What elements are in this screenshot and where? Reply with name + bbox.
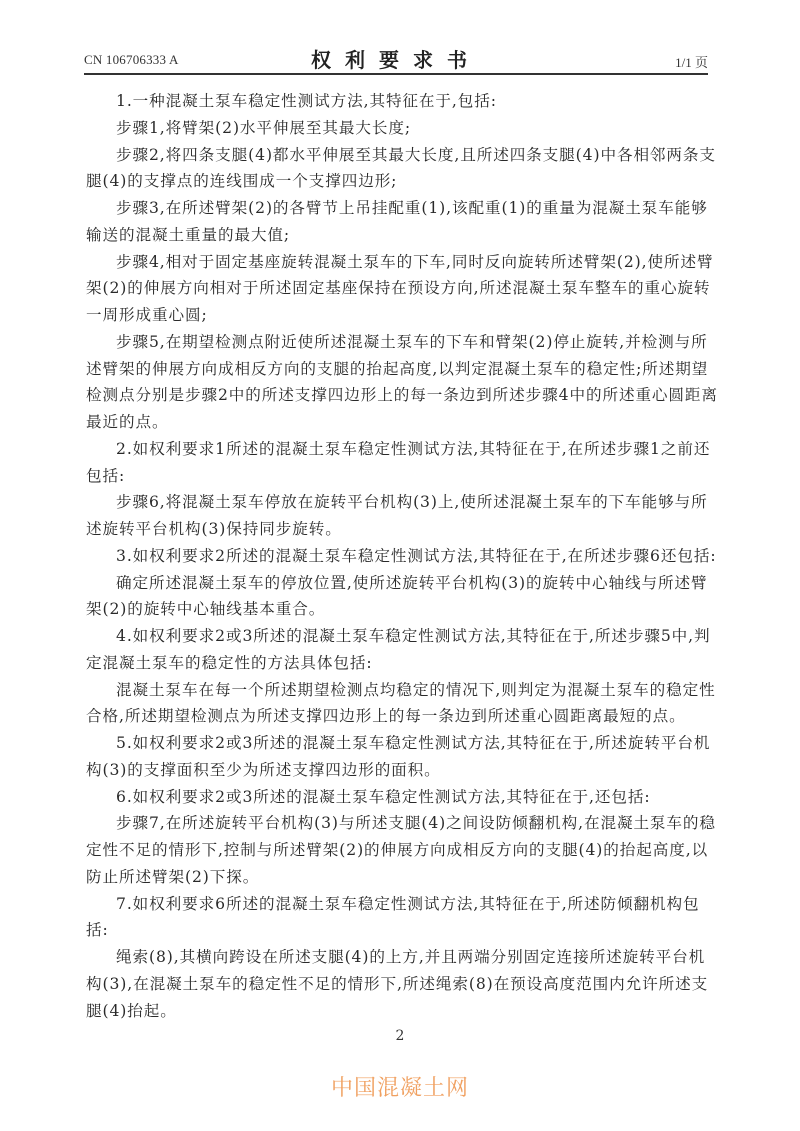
claim-line: 输送的混凝土重量的最大值; <box>86 222 708 249</box>
claim-line: 包括: <box>86 463 708 490</box>
claim-line: 绳索(8),其横向跨设在所述支腿(4)的上方,并且两端分别固定连接所述旋转平台机 <box>86 944 708 971</box>
claim-line: 混凝土泵车在每一个所述期望检测点均稳定的情况下,则判定为混凝土泵车的稳定性 <box>86 677 708 704</box>
claim-line: 步骤1,将臂架(2)水平伸展至其最大长度; <box>86 115 708 142</box>
claim-line: 合格,所述期望检测点为所述支撑四边形上的每一条边到所述重心圆距离最短的点。 <box>86 703 708 730</box>
claim-line: 步骤6,将混凝土泵车停放在旋转平台机构(3)上,使所述混凝土泵车的下车能够与所 <box>86 489 708 516</box>
claim-line: 1.一种混凝土泵车稳定性测试方法,其特征在于,包括: <box>86 88 708 115</box>
claim-line: 定混凝土泵车的稳定性的方法具体包括: <box>86 650 708 677</box>
claim-line: 步骤4,相对于固定基座旋转混凝土泵车的下车,同时反向旋转所述臂架(2),使所述臂 <box>86 249 708 276</box>
claim-line: 构(3),在混凝土泵车的稳定性不足的情形下,所述绳索(8)在预设高度范围内允许所… <box>86 971 708 998</box>
claim-line: 架(2)的旋转中心轴线基本重合。 <box>86 596 708 623</box>
document-title: 权利要求书 <box>84 44 708 73</box>
claim-line: 3.如权利要求2所述的混凝土泵车稳定性测试方法,其特征在于,在所述步骤6还包括: <box>86 543 708 570</box>
claim-line: 2.如权利要求1所述的混凝土泵车稳定性测试方法,其特征在于,在所述步骤1之前还 <box>86 436 708 463</box>
claims-body: 1.一种混凝土泵车稳定性测试方法,其特征在于,包括:步骤1,将臂架(2)水平伸展… <box>86 88 708 1024</box>
claim-line: 防止所述臂架(2)下探。 <box>86 864 708 891</box>
claim-line: 步骤5,在期望检测点附近使所述混凝土泵车的下车和臂架(2)停止旋转,并检测与所 <box>86 329 708 356</box>
claim-line: 5.如权利要求2或3所述的混凝土泵车稳定性测试方法,其特征在于,所述旋转平台机 <box>86 730 708 757</box>
claim-line: 6.如权利要求2或3所述的混凝土泵车稳定性测试方法,其特征在于,还包括: <box>86 784 708 811</box>
claim-line: 构(3)的支撑面积至少为所述支撑四边形的面积。 <box>86 757 708 784</box>
claim-line: 定性不足的情形下,控制与所述臂架(2)的伸展方向成相反方向的支腿(4)的抬起高度… <box>86 837 708 864</box>
header-rule <box>84 73 708 75</box>
watermark: 中国混凝土网 <box>0 1071 800 1102</box>
claim-line: 最近的点。 <box>86 409 708 436</box>
claim-line: 一周形成重心圆; <box>86 302 708 329</box>
claim-line: 括: <box>86 917 708 944</box>
claim-line: 腿(4)抬起。 <box>86 998 708 1025</box>
claim-line: 检测点分别是步骤2中的所述支撑四边形上的每一条边到所述步骤4中的所述重心圆距离 <box>86 382 708 409</box>
claim-line: 步骤3,在所述臂架(2)的各臂节上吊挂配重(1),该配重(1)的重量为混凝土泵车… <box>86 195 708 222</box>
claim-line: 4.如权利要求2或3所述的混凝土泵车稳定性测试方法,其特征在于,所述步骤5中,判 <box>86 623 708 650</box>
page-number: 2 <box>0 1028 800 1044</box>
page-count: 1/1 页 <box>675 52 708 71</box>
claim-line: 确定所述混凝土泵车的停放位置,使所述旋转平台机构(3)的旋转中心轴线与所述臂 <box>86 570 708 597</box>
claim-line: 架(2)的伸展方向相对于所述固定基座保持在预设方向,所述混凝土泵车整车的重心旋转 <box>86 275 708 302</box>
claim-line: 步骤2,将四条支腿(4)都水平伸展至其最大长度,且所述四条支腿(4)中各相邻两条… <box>86 142 708 169</box>
claim-line: 7.如权利要求6所述的混凝土泵车稳定性测试方法,其特征在于,所述防倾翻机构包 <box>86 891 708 918</box>
claim-line: 腿(4)的支撑点的连线围成一个支撑四边形; <box>86 168 708 195</box>
document-header: CN 106706333 A 权利要求书 1/1 页 <box>84 44 708 74</box>
claim-line: 步骤7,在所述旋转平台机构(3)与所述支腿(4)之间设防倾翻机构,在混凝土泵车的… <box>86 810 708 837</box>
claim-line: 述臂架的伸展方向成相反方向的支腿的抬起高度,以判定混凝土泵车的稳定性;所述期望 <box>86 356 708 383</box>
claim-line: 述旋转平台机构(3)保持同步旋转。 <box>86 516 708 543</box>
